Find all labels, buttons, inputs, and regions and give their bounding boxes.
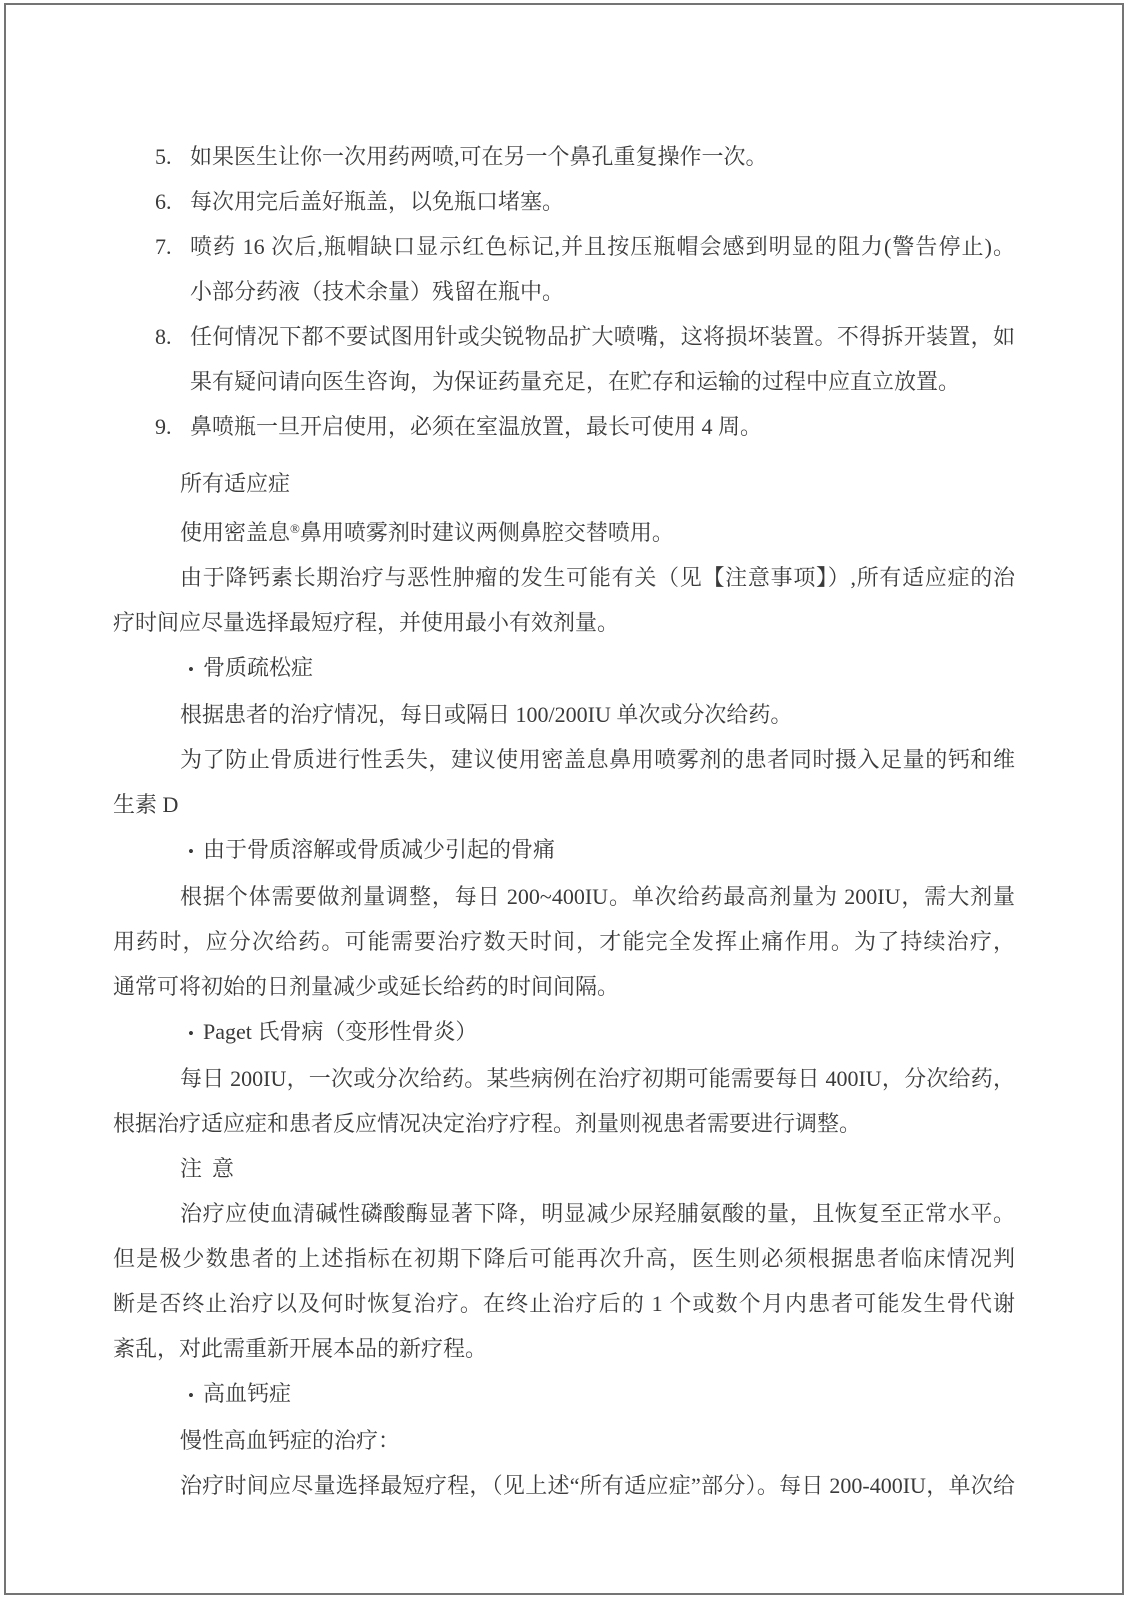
bullet-item-hypercalcemia: •高血钙症 [113,1371,1015,1418]
text-segment: 使用密盖息 [180,520,290,545]
paragraph-usage: 使用密盖息®鼻用喷雾剂时建议两侧鼻腔交替喷用。 [113,506,1015,555]
paragraph-hypercalcemia-dosing: 治疗时间应尽量选择最短疗程，（见上述“所有适应症”部分）。每日 200-400I… [113,1463,1015,1508]
text-line: 生素 D [113,782,1015,827]
list-item-8: 8. 任何情况下都不要试图用针或尖锐物品扩大喷嘴，这将损坏装置。不得拆开装置，如… [113,314,1015,404]
bullet-icon: • [188,842,194,861]
paragraph-bone-pain-dosing: 根据个体需要做剂量调整，每日 200~400IU。单次给药最高剂量为 200IU… [113,874,1015,1009]
bullet-icon: • [188,1386,194,1405]
bullet-label: 骨质疏松症 [203,655,313,680]
paragraph-calcitonin-warning: 由于降钙素长期治疗与恶性肿瘤的发生可能有关（见【注意事项】）,所有适应症的治 疗… [113,555,1015,645]
text-line: 由于降钙素长期治疗与恶性肿瘤的发生可能有关（见【注意事项】）,所有适应症的治 [113,555,1015,600]
text-line: 小部分药液（技术余量）残留在瓶中。 [190,269,1015,314]
text-line: 鼻喷瓶一旦开启使用，必须在室温放置，最长可使用 4 周。 [190,404,1015,449]
bullet-item-osteoporosis: •骨质疏松症 [113,645,1015,692]
list-number: 8. [155,314,172,359]
text-line: 治疗时间应尽量选择最短疗程，（见上述“所有适应症”部分）。每日 200-400I… [113,1463,1015,1508]
text-line: 紊乱，对此需重新开展本品的新疗程。 [113,1326,1015,1371]
bullet-label: 由于骨质溶解或骨质减少引起的骨痛 [203,837,555,862]
text-line: 如果医生让你一次用药两喷,可在另一个鼻孔重复操作一次。 [190,134,1015,179]
list-number: 7. [155,224,172,269]
registered-trademark-mark: ® [290,521,300,536]
paragraph-osteoporosis-dosing: 根据患者的治疗情况，每日或隔日 100/200IU 单次或分次给药。 [113,692,1015,737]
document-body: 5. 如果医生让你一次用药两喷,可在另一个鼻孔重复操作一次。 6. 每次用完后盖… [113,134,1015,1508]
bullet-icon: • [188,660,194,679]
bullet-item-bone-pain: •由于骨质溶解或骨质减少引起的骨痛 [113,827,1015,874]
section-heading-note: 注意 [113,1146,1015,1191]
bullet-item-paget: •Paget 氏骨病（变形性骨炎） [113,1009,1015,1056]
paragraph-note-body: 治疗应使血清碱性磷酸酶显著下降，明显减少尿羟脯氨酸的量，且恢复至正常水平。 但是… [113,1191,1015,1371]
text-line: 用药时，应分次给药。可能需要治疗数天时间，才能完全发挥止痛作用。为了持续治疗， [113,919,1015,964]
paragraph-paget-dosing: 每日 200IU，一次或分次给药。某些病例在治疗初期可能需要每日 400IU，分… [113,1056,1015,1146]
text-line: 任何情况下都不要试图用针或尖锐物品扩大喷嘴，这将损坏装置。不得拆开装置，如 [190,314,1015,359]
text-line: 疗时间应尽量选择最短疗程，并使用最小有效剂量。 [113,600,1015,645]
list-number: 9. [155,404,172,449]
text-line: 但是极少数患者的上述指标在初期下降后可能再次升高，医生则必须根据患者临床情况判 [113,1236,1015,1281]
text-line: 根据个体需要做剂量调整，每日 200~400IU。单次给药最高剂量为 200IU… [113,874,1015,919]
text-line: 根据患者的治疗情况，每日或隔日 100/200IU 单次或分次给药。 [113,692,1015,737]
list-item-6: 6. 每次用完后盖好瓶盖，以免瓶口堵塞。 [113,179,1015,224]
list-number: 6. [155,179,172,224]
text-line: 通常可将初始的日剂量减少或延长给药的时间间隔。 [113,964,1015,1009]
text-line: 每日 200IU，一次或分次给药。某些病例在治疗初期可能需要每日 400IU，分… [113,1056,1015,1101]
text-line: 每次用完后盖好瓶盖，以免瓶口堵塞。 [190,179,1015,224]
text-line: 断是否终止治疗以及何时恢复治疗。在终止治疗后的 1 个或数个月内患者可能发生骨代… [113,1281,1015,1326]
text-line: 治疗应使血清碱性磷酸酶显著下降，明显减少尿羟脯氨酸的量，且恢复至正常水平。 [113,1191,1015,1236]
bullet-label: Paget 氏骨病（变形性骨炎） [203,1019,477,1044]
text-line: 为了防止骨质进行性丢失，建议使用密盖息鼻用喷雾剂的患者同时摄入足量的钙和维 [113,737,1015,782]
text-line: 果有疑问请向医生咨询，为保证药量充足，在贮存和运输的过程中应直立放置。 [190,359,1015,404]
paragraph-calcium-advice: 为了防止骨质进行性丢失，建议使用密盖息鼻用喷雾剂的患者同时摄入足量的钙和维 生素… [113,737,1015,827]
paragraph-hypercalcemia-sub: 慢性高血钙症的治疗： [113,1418,1015,1463]
list-item-7: 7. 喷药 16 次后,瓶帽缺口显示红色标记,并且按压瓶帽会感到明显的阻力(警告… [113,224,1015,314]
list-number: 5. [155,134,172,179]
list-item-5: 5. 如果医生让你一次用药两喷,可在另一个鼻孔重复操作一次。 [113,134,1015,179]
text-line: 根据治疗适应症和患者反应情况决定治疗疗程。剂量则视患者需要进行调整。 [113,1101,1015,1146]
text-segment: 鼻用喷雾剂时建议两侧鼻腔交替喷用。 [300,520,674,545]
bullet-label: 高血钙症 [203,1381,291,1406]
text-line: 慢性高血钙症的治疗： [113,1418,1015,1463]
list-item-9: 9. 鼻喷瓶一旦开启使用，必须在室温放置，最长可使用 4 周。 [113,404,1015,449]
bullet-icon: • [188,1024,194,1043]
text-line: 喷药 16 次后,瓶帽缺口显示红色标记,并且按压瓶帽会感到明显的阻力(警告停止)… [190,224,1015,269]
section-heading-all-indications: 所有适应症 [113,461,1015,506]
